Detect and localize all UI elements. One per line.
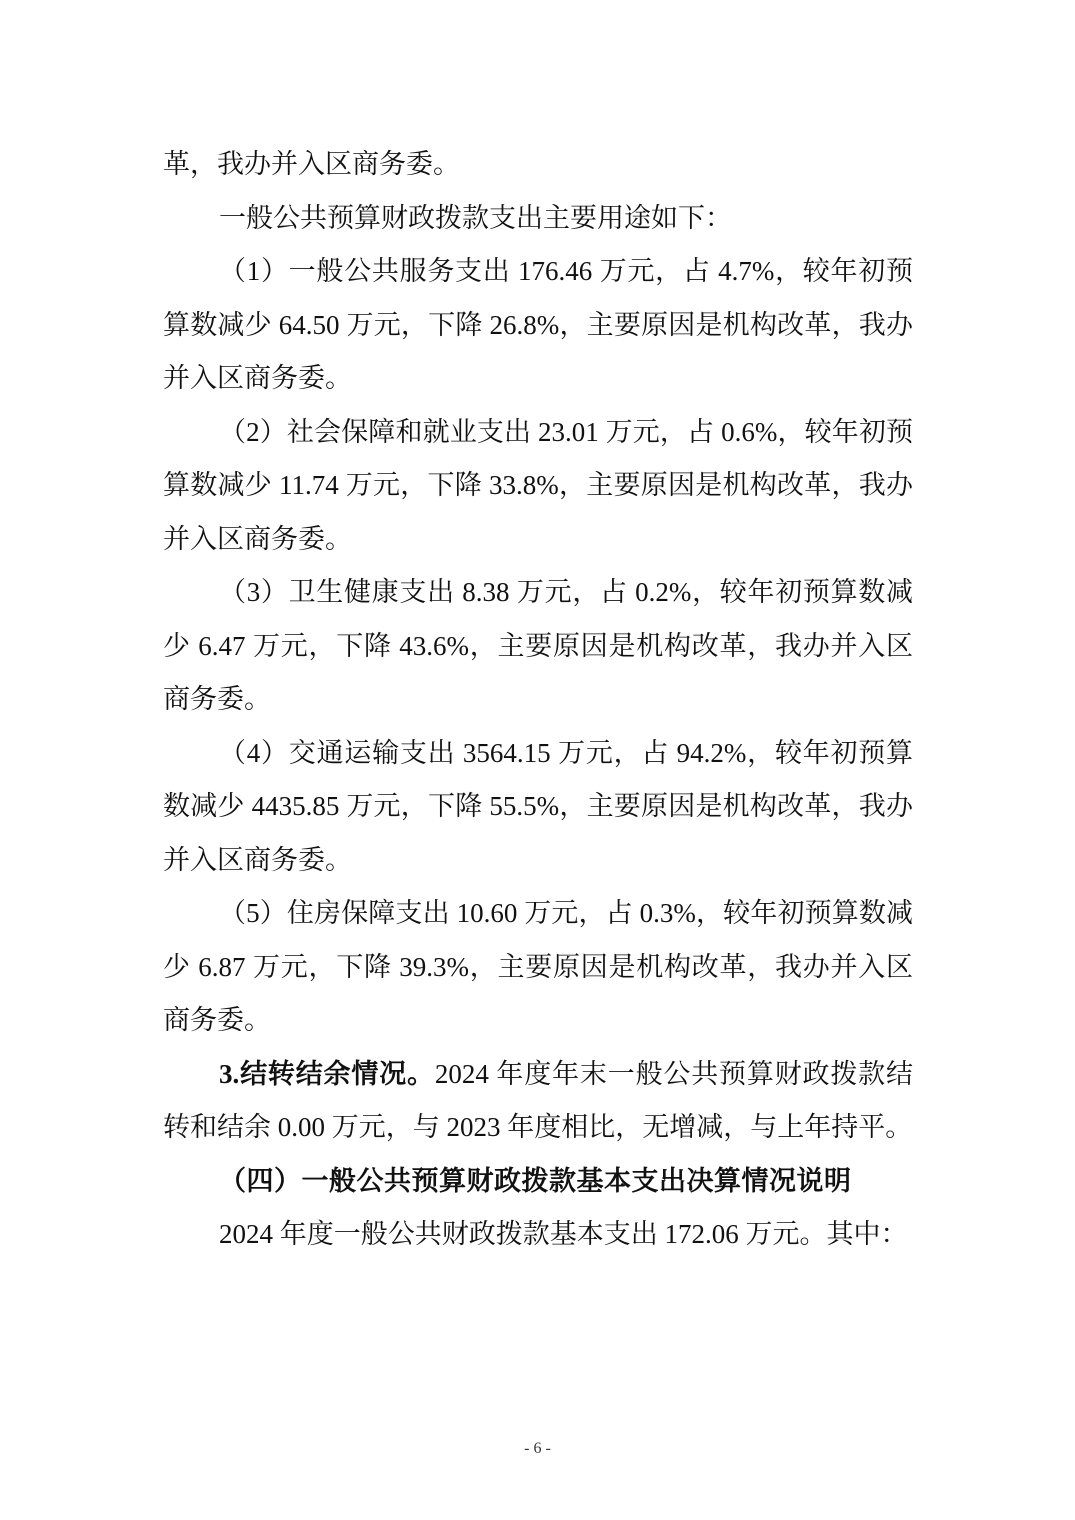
document-page: 革，我办并入区商务委。 一般公共预算财政拨款支出主要用途如下： （1）一般公共服… [163, 138, 913, 1262]
carryover-lead: 3.结转结余情况。 [219, 1059, 435, 1089]
page-number: - 6 - [0, 1440, 1075, 1458]
paragraph-basic-expenditure: 2024 年度一般公共财政拨款基本支出 172.06 万元。其中： [163, 1208, 913, 1262]
paragraph-item-5-housing: （5）住房保障支出 10.60 万元，占 0.3%，较年初预算数减少 6.87 … [163, 887, 913, 1048]
paragraph-item-2-social-security: （2）社会保障和就业支出 23.01 万元，占 0.6%，较年初预算数减少 11… [163, 406, 913, 567]
paragraph-continuation: 革，我办并入区商务委。 [163, 138, 913, 192]
paragraph-usage-intro: 一般公共预算财政拨款支出主要用途如下： [163, 192, 913, 246]
paragraph-item-3-health: （3）卫生健康支出 8.38 万元，占 0.2%，较年初预算数减少 6.47 万… [163, 566, 913, 727]
paragraph-item-4-transportation: （4）交通运输支出 3564.15 万元，占 94.2%，较年初预算数减少 44… [163, 727, 913, 888]
section-heading: （四）一般公共预算财政拨款基本支出决算情况说明 [163, 1155, 913, 1209]
paragraph-carryover: 3.结转结余情况。2024 年度年末一般公共预算财政拨款结转和结余 0.00 万… [163, 1048, 913, 1155]
paragraph-item-1-general-public-services: （1）一般公共服务支出 176.46 万元，占 4.7%，较年初预算数减少 64… [163, 245, 913, 406]
